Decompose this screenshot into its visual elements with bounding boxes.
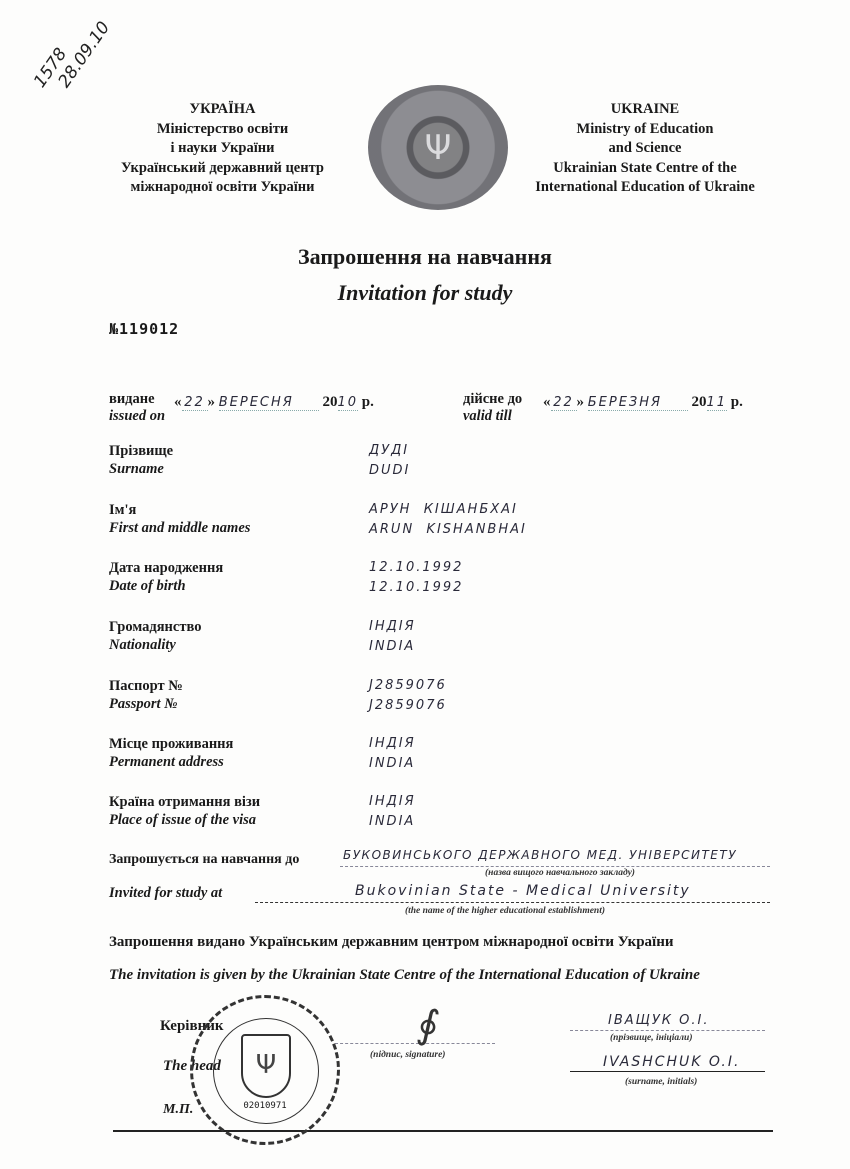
valid-month: БЕРЕЗНЯ: [588, 395, 688, 411]
field-value-ua: ДУДІ: [369, 443, 409, 458]
header-ua-line: міжнародної освіти України: [100, 178, 345, 198]
registration-note: 1578 28.09.10: [30, 7, 114, 103]
header-en-line: Ministry of Education: [520, 120, 770, 140]
field-label-en: Place of issue of the visa: [109, 812, 256, 829]
field-value-en: ARUN KISHANBHAI: [369, 522, 527, 537]
head-name-en: IVASHCHUK O.I.: [603, 1054, 740, 1070]
field-passport: Паспорт № Passport № J2859076 J2859076: [109, 678, 809, 718]
head-name-ua: ІВАЩУК О.І.: [608, 1013, 709, 1028]
field-label-ua: Країна отримання візи: [109, 794, 260, 811]
issued-label-ua: видане: [109, 390, 155, 408]
field-value-ua: J2859076: [369, 678, 447, 693]
header-en: UKRAINE Ministry of Education and Scienc…: [520, 100, 770, 198]
head-name-en-hint: (surname, initials): [625, 1077, 697, 1087]
field-visa-place: Країна отримання візи Place of issue of …: [109, 794, 809, 834]
stamp-code: 02010971: [193, 1101, 337, 1111]
head-name-ua-line: [570, 1030, 765, 1031]
field-value-ua: ІНДІЯ: [369, 794, 416, 809]
field-label-en: Nationality: [109, 637, 176, 654]
signature-hint: (підпис, signature): [370, 1050, 445, 1060]
field-label-ua: Місце проживання: [109, 736, 233, 753]
issued-date: «22» ВЕРЕСНЯ 2010 р.: [174, 394, 374, 411]
ministry-seal: Ψ: [368, 85, 508, 210]
issued-date-row: видане issued on «22» ВЕРЕСНЯ 2010 р.: [109, 390, 449, 426]
head-name-en-line: [570, 1071, 765, 1072]
header-ua-line: Український державний центр: [100, 159, 345, 179]
header-en-line: International Education of Ukraine: [520, 178, 770, 198]
valid-year-prefix: 20: [692, 394, 707, 410]
field-value-en: 12.10.1992: [369, 580, 463, 595]
valid-year-suffix: 11: [707, 395, 728, 411]
invited-en-line: [255, 902, 770, 903]
field-label-en: Date of birth: [109, 578, 186, 595]
header-en-line: UKRAINE: [520, 100, 770, 120]
field-date-of-birth: Дата народження Date of birth 12.10.1992…: [109, 560, 809, 600]
issuer-en: The invitation is given by the Ukrainian…: [109, 967, 779, 984]
field-surname: Прізвище Surname ДУДІ DUDI: [109, 443, 809, 483]
field-label-ua: Дата народження: [109, 560, 223, 577]
header-ua-line: УКРАЇНА: [100, 100, 345, 120]
issued-label-en: issued on: [109, 407, 165, 425]
coat-of-arms-icon: Ψ: [241, 1034, 291, 1098]
header-en-line: and Science: [520, 139, 770, 159]
issuer-ua: Запрошення видано Українським державним …: [109, 934, 779, 951]
invited-value-en: Bukovinian State - Medical University: [355, 883, 691, 899]
field-value-en: DUDI: [369, 463, 410, 478]
valid-year-suffix-r: р.: [731, 394, 743, 410]
header-ua-line: Міністерство освіти: [100, 120, 345, 140]
title-en: Invitation for study: [0, 280, 850, 306]
field-value-en: INDIA: [369, 756, 415, 771]
invited-value-ua: БУКОВИНСЬКОГО ДЕРЖАВНОГО МЕД. УНІВЕРСИТЕ…: [343, 848, 737, 862]
university-stamp: МІНІСТЕРСТВО ОХОРОНИ ЗДОРОВ'Я УКРАЇНИ · …: [190, 995, 340, 1145]
field-label-ua: Громадянство: [109, 619, 201, 636]
field-nationality: Громадянство Nationality ІНДІЯ INDIA: [109, 619, 809, 659]
invited-hint-en: (the name of the higher educational esta…: [370, 906, 640, 916]
invited-label-en: Invited for study at: [109, 885, 222, 902]
document-number: №119012: [109, 320, 179, 338]
header-ua-line: і науки України: [100, 139, 345, 159]
field-value-en: INDIA: [369, 814, 415, 829]
valid-label-ua: дійсне до: [463, 390, 522, 408]
issued-year-suffix: 10: [338, 395, 359, 411]
field-label-en: Permanent address: [109, 754, 224, 771]
field-value-ua: 12.10.1992: [369, 560, 463, 575]
field-value-en: INDIA: [369, 639, 415, 654]
issued-year-suffix-r: р.: [362, 394, 374, 410]
invited-label-ua: Запрошується на навчання до: [109, 852, 299, 868]
valid-date-row: дійсне до valid till «22» БЕРЕЗНЯ 2011 р…: [463, 390, 783, 426]
field-first-names: Ім'я First and middle names АРУН КІШАНБХ…: [109, 502, 809, 542]
issued-month: ВЕРЕСНЯ: [219, 395, 319, 411]
trident-emblem-icon: Ψ: [425, 128, 452, 168]
title-ua: Запрошення на навчання: [0, 244, 850, 270]
field-label-ua: Прізвище: [109, 443, 173, 460]
head-name-ua-hint: (прізвище, ініціали): [610, 1033, 693, 1043]
bottom-rule: [113, 1130, 773, 1132]
valid-day: 22: [551, 395, 577, 411]
header-ua: УКРАЇНА Міністерство освіти і науки Укра…: [100, 100, 345, 198]
field-label-en: First and middle names: [109, 520, 250, 537]
field-permanent-address: Місце проживання Permanent address ІНДІЯ…: [109, 736, 809, 776]
field-value-ua: ІНДІЯ: [369, 736, 416, 751]
field-value-en: J2859076: [369, 698, 447, 713]
issued-year-prefix: 20: [323, 394, 338, 410]
field-label-ua: Паспорт №: [109, 678, 183, 695]
valid-label-en: valid till: [463, 407, 512, 425]
mp-label: М.П.: [163, 1102, 193, 1118]
invited-hint-ua: (назва вищого навчального закладу): [450, 868, 670, 878]
field-value-ua: ІНДІЯ: [369, 619, 416, 634]
field-label-en: Surname: [109, 461, 164, 478]
invited-ua-line: [340, 866, 770, 867]
field-label-ua: Ім'я: [109, 502, 136, 519]
valid-date: «22» БЕРЕЗНЯ 2011 р.: [543, 394, 743, 411]
field-label-en: Passport №: [109, 696, 177, 713]
issued-day: 22: [182, 395, 208, 411]
header-en-line: Ukrainian State Centre of the: [520, 159, 770, 179]
field-value-ua: АРУН КІШАНБХАІ: [369, 502, 518, 517]
